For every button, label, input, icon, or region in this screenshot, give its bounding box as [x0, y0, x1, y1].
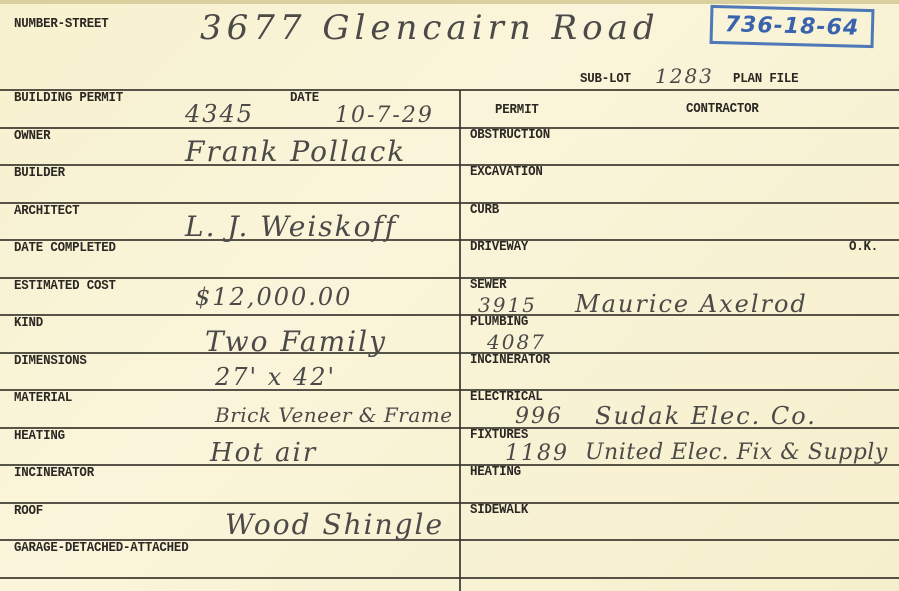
record-stamp: 736-18-64 [710, 5, 875, 48]
date-value: 10-7-29 [335, 103, 434, 128]
estimated-cost-value: $12,000.00 [195, 283, 352, 311]
dimensions-value: 27' x 42' [215, 363, 336, 391]
material-value: Brick Veneer & Frame [215, 403, 453, 427]
field-label-date-completed: DATE COMPLETED [14, 241, 116, 256]
field-label-building-permit: BUILDING PERMIT [14, 91, 123, 106]
ruled-line [0, 502, 899, 504]
driveway-ok-note: O.K. [849, 240, 878, 255]
sewer-permit-value: 3915 [478, 293, 537, 317]
field-label-heating: HEATING [14, 429, 65, 444]
field-label-obstruction: OBSTRUCTION [470, 128, 550, 143]
ruled-line [0, 164, 899, 166]
ruled-line [0, 352, 899, 354]
electrical-contractor-value: Sudak Elec. Co. [595, 402, 817, 430]
field-label-excavation: EXCAVATION [470, 165, 543, 180]
field-label-kind: KIND [14, 316, 43, 331]
field-label-roof: ROOF [14, 504, 43, 519]
fixtures-contractor-value: United Elec. Fix & Supply [585, 440, 888, 465]
kind-value: Two Family [205, 325, 387, 358]
field-label-electrical: ELECTRICAL [470, 390, 543, 405]
fixtures-permit-value: 1189 [505, 441, 569, 466]
heating-value: Hot air [210, 438, 317, 468]
field-label-plumbing: PLUMBING [470, 315, 528, 330]
field-label-incinerator-right: INCINERATOR [470, 353, 550, 368]
architect-value: L. J. Weiskoff [185, 210, 397, 243]
field-label-estimated-cost: ESTIMATED COST [14, 279, 116, 294]
card-top-edge [0, 0, 899, 4]
field-label-sewer: SEWER [470, 278, 506, 293]
ruled-line [0, 239, 899, 241]
field-label-sidewalk: SIDEWALK [470, 503, 528, 518]
field-label-driveway: DRIVEWAY [470, 240, 528, 255]
field-label-heating-right: HEATING [470, 465, 521, 480]
field-label-material: MATERIAL [14, 391, 72, 406]
field-label-incinerator: INCINERATOR [14, 466, 94, 481]
permit-column-header: PERMIT [495, 103, 539, 118]
field-label-curb: CURB [470, 203, 499, 218]
contractor-column-header: CONTRACTOR [686, 102, 759, 117]
field-label-architect: ARCHITECT [14, 204, 79, 219]
ruled-line [0, 127, 899, 129]
date-label: DATE [290, 91, 319, 106]
ruled-line [0, 577, 899, 579]
ruled-line [0, 277, 899, 279]
permit-card: NUMBER-STREET 3677 Glencairn Road 736-18… [0, 0, 899, 591]
field-label-owner: OWNER [14, 129, 50, 144]
field-label-builder: BUILDER [14, 166, 65, 181]
number-street-label: NUMBER-STREET [14, 17, 109, 32]
sewer-contractor-value: Maurice Axelrod [575, 290, 808, 318]
field-label-garage: GARAGE-DETACHED-ATTACHED [14, 541, 188, 556]
roof-value: Wood Shingle [225, 508, 444, 541]
ruled-line [0, 389, 899, 391]
ruled-line [0, 89, 899, 91]
owner-value: Frank Pollack [185, 135, 406, 168]
plan-file-label: PLAN FILE [733, 72, 798, 87]
building-permit-value: 4345 [185, 100, 254, 128]
field-label-dimensions: DIMENSIONS [14, 354, 87, 369]
plumbing-permit-value: 4087 [487, 330, 546, 354]
sub-lot-value: 1283 [655, 64, 714, 88]
electrical-permit-value: 996 [515, 404, 563, 429]
ruled-line [0, 202, 899, 204]
address-value: 3677 Glencairn Road [200, 8, 660, 48]
sub-lot-label: SUB-LOT [580, 72, 631, 87]
